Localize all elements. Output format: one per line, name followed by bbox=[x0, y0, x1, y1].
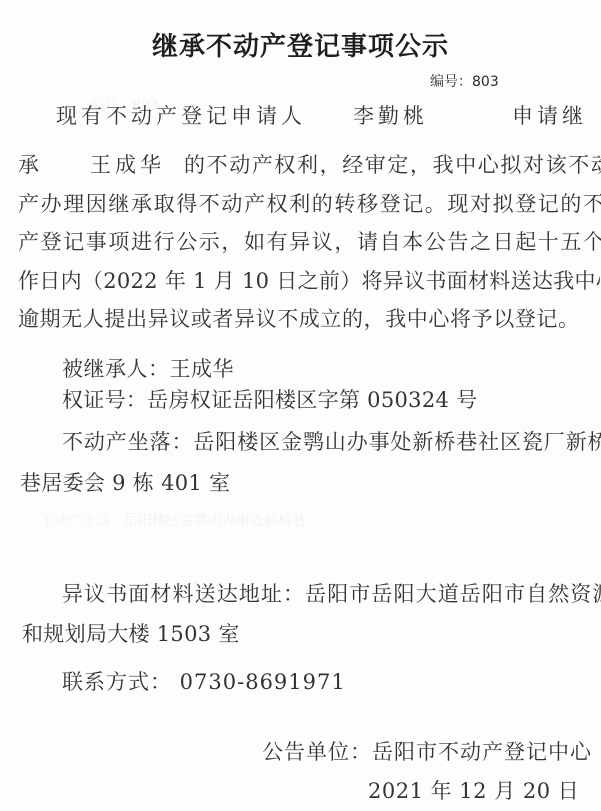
property-location-line-1: 不动产坐落：岳阳楼区金鹗山办事处新桥巷社区瓷厂新桥 bbox=[62, 426, 601, 456]
issue-date: 2021 年 12 月 20 日 bbox=[368, 775, 579, 805]
decedent-name: 王成华 bbox=[90, 149, 165, 179]
body-line-3: 产办理因继承取得不动产权利的转移登记。现对拟登记的不动 bbox=[18, 188, 601, 218]
page-title: 继承不动产登记事项公示 bbox=[0, 26, 601, 63]
body-line-5: 作日内（2022 年 1 月 10 日之前）将异议书面材料送达我中心。 bbox=[18, 265, 601, 295]
contact-phone-line: 联系方式： 0730-8691971 bbox=[62, 666, 346, 696]
bleed-through-text: 不动产坐落：岳阳楼区金鹗山办事处新桥巷 bbox=[40, 510, 306, 530]
applicant-name: 李勤桃 bbox=[353, 100, 428, 130]
document-number: 编号：803 bbox=[430, 71, 499, 91]
objection-address-line-2: 和规划局大楼 1503 室 bbox=[22, 618, 240, 648]
body-line-2-prefix: 承 bbox=[18, 149, 39, 179]
body-line-6: 逾期无人提出异议或者异议不成立的，我中心将予以登记。 bbox=[18, 303, 580, 333]
body-line-4: 产登记事项进行公示，如有异议，请自本公告之日起十五个工 bbox=[18, 226, 601, 256]
objection-address-line-1: 异议书面材料送达地址：岳阳市岳阳大道岳阳市自然资源 bbox=[62, 578, 601, 608]
body-line-1-suffix: 申请继 bbox=[512, 100, 587, 130]
issuing-unit: 公告单位：岳阳市不动产登记中心 bbox=[262, 736, 592, 766]
body-line-1-prefix: 现有不动产登记申请人 bbox=[56, 100, 306, 130]
notice-page: 编号：803 不动产坐落：岳阳楼区金鹗山办事处新桥巷 继承不动产登记事项公示 编… bbox=[0, 0, 601, 811]
decedent-line: 被继承人：王成华 bbox=[62, 353, 234, 383]
property-location-line-2: 巷居委会 9 栋 401 室 bbox=[20, 467, 230, 497]
body-line-2-suffix: 的不动产权利，经审定，我中心拟对该不动 bbox=[184, 149, 601, 179]
certificate-number-line: 权证号：岳房权证岳阳楼区字第 050324 号 bbox=[62, 384, 477, 414]
